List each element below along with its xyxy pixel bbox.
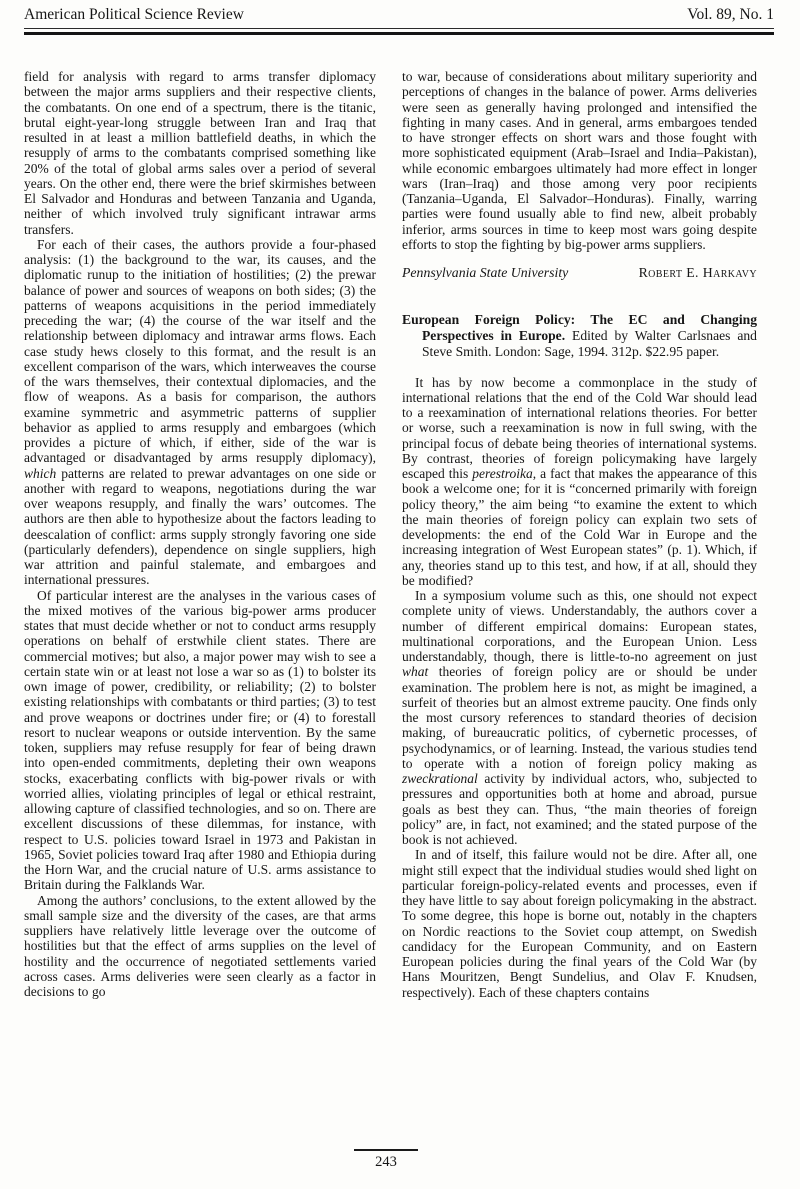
- paragraph: Of particular interest are the analyses …: [24, 588, 376, 893]
- paragraph: Among the authors’ conclusions, to the e…: [24, 893, 376, 1000]
- paragraph: It has by now become a commonplace in th…: [402, 375, 757, 589]
- right-column: to war, because of considerations about …: [402, 69, 757, 1000]
- book-review-heading: European Foreign Policy: The EC and Chan…: [402, 312, 757, 361]
- paragraph-continuation: field for analysis with regard to arms t…: [24, 69, 376, 237]
- running-head: American Political Science Review Vol. 8…: [24, 6, 774, 24]
- paragraph: For each of their cases, the authors pro…: [24, 237, 376, 588]
- journal-title: American Political Science Review: [24, 6, 244, 24]
- reviewer-affiliation: Pennsylvania State University: [402, 265, 568, 281]
- page-header: American Political Science Review Vol. 8…: [24, 6, 774, 35]
- page-number: 243: [0, 1155, 772, 1171]
- reviewer-name: Robert E. Harkavy: [639, 265, 757, 281]
- left-column: field for analysis with regard to arms t…: [24, 69, 376, 1000]
- header-rule-thick: [24, 32, 774, 35]
- footer-rule: [354, 1149, 418, 1151]
- paragraph: In and of itself, this failure would not…: [402, 847, 757, 1000]
- journal-page: American Political Science Review Vol. 8…: [0, 0, 800, 1189]
- page-footer: 243: [0, 1149, 772, 1171]
- paragraph: In a symposium volume such as this, one …: [402, 588, 757, 847]
- paragraph-continuation: to war, because of considerations about …: [402, 69, 757, 252]
- review-byline: Pennsylvania State University Robert E. …: [402, 265, 757, 281]
- header-rule-thin: [24, 28, 774, 29]
- text-columns: field for analysis with regard to arms t…: [24, 69, 757, 1000]
- issue-number: Vol. 89, No. 1: [687, 6, 774, 24]
